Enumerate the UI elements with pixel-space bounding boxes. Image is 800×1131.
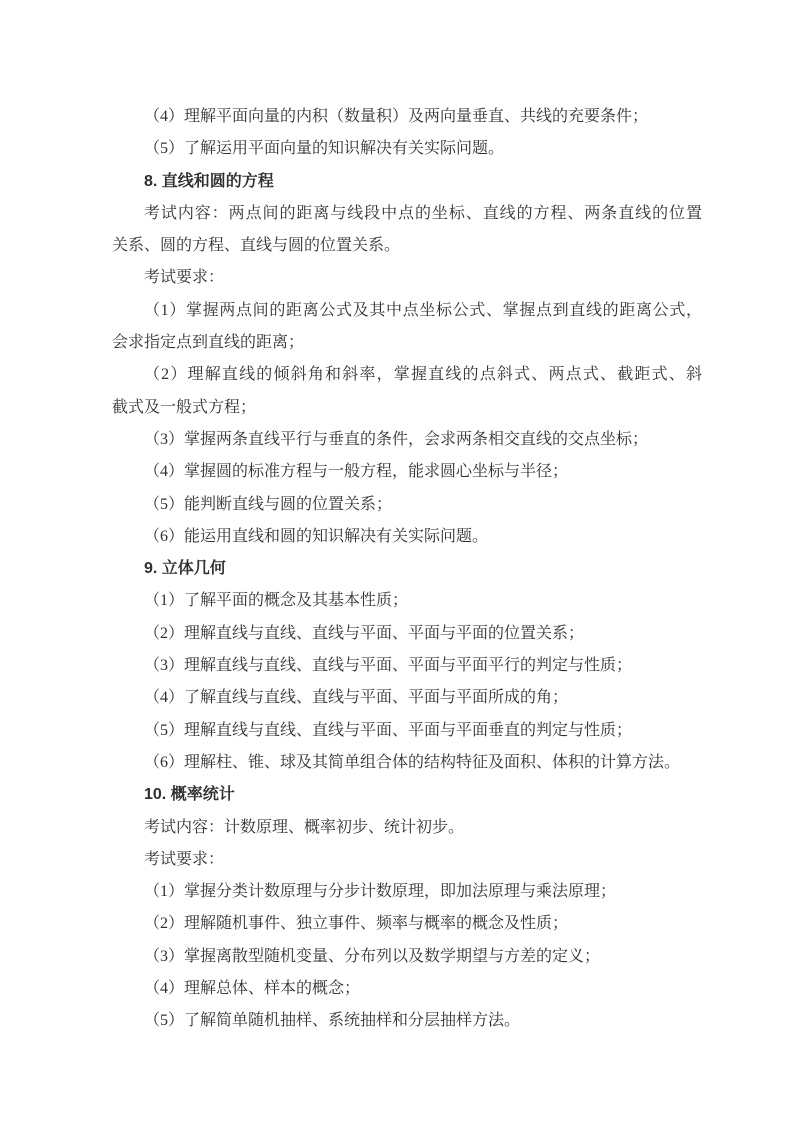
text-line: （6）理解柱、锥、球及其简单组合体的结构特征及面积、体积的计算方法。 (112, 747, 702, 779)
text-line: 截式及一般式方程； (112, 392, 702, 424)
text-line: （1）掌握两点间的距离公式及其中点坐标公式、掌握点到直线的距离公式， (112, 295, 702, 327)
section-heading: 10. 概率统计 (112, 779, 702, 811)
text-line: （4）理解平面向量的内积（数量积）及两向量垂直、共线的充要条件； (112, 101, 702, 133)
text-line: （5）了解运用平面向量的知识解决有关实际问题。 (112, 133, 702, 165)
syllabus-text-block: （4）理解平面向量的内积（数量积）及两向量垂直、共线的充要条件；（5）了解运用平… (112, 101, 702, 1038)
text-line: （3）掌握两条直线平行与垂直的条件，会求两条相交直线的交点坐标； (112, 424, 702, 456)
text-line: 考试要求： (112, 844, 702, 876)
document-page: （4）理解平面向量的内积（数量积）及两向量垂直、共线的充要条件；（5）了解运用平… (0, 0, 800, 1131)
text-line: （5）理解直线与直线、直线与平面、平面与平面垂直的判定与性质； (112, 715, 702, 747)
section-heading: 9. 立体几何 (112, 553, 702, 585)
text-line: 会求指定点到直线的距离； (112, 327, 702, 359)
text-line: （1）掌握分类计数原理与分步计数原理，即加法原理与乘法原理； (112, 876, 702, 908)
text-line: （2）理解直线与直线、直线与平面、平面与平面的位置关系； (112, 618, 702, 650)
text-line: 考试内容：两点间的距离与线段中点的坐标、直线的方程、两条直线的位置 (112, 198, 702, 230)
text-line: （3）理解直线与直线、直线与平面、平面与平面平行的判定与性质； (112, 650, 702, 682)
text-line: 考试内容：计数原理、概率初步、统计初步。 (112, 812, 702, 844)
text-line: （5）了解简单随机抽样、系统抽样和分层抽样方法。 (112, 1005, 702, 1037)
text-line: （6）能运用直线和圆的知识解决有关实际问题。 (112, 521, 702, 553)
text-line: 关系、圆的方程、直线与圆的位置关系。 (112, 230, 702, 262)
text-line: （4）掌握圆的标准方程与一般方程，能求圆心坐标与半径； (112, 456, 702, 488)
text-line: （2）理解直线的倾斜角和斜率，掌握直线的点斜式、两点式、截距式、斜 (112, 359, 702, 391)
text-line: （3）掌握离散型随机变量、分布列以及数学期望与方差的定义； (112, 941, 702, 973)
text-line: （4）理解总体、样本的概念； (112, 973, 702, 1005)
text-line: （4）了解直线与直线、直线与平面、平面与平面所成的角； (112, 682, 702, 714)
text-line: 考试要求： (112, 262, 702, 294)
text-line: （2）理解随机事件、独立事件、频率与概率的概念及性质； (112, 908, 702, 940)
text-line: （5）能判断直线与圆的位置关系； (112, 489, 702, 521)
section-heading: 8. 直线和圆的方程 (112, 166, 702, 198)
text-line: （1）了解平面的概念及其基本性质； (112, 585, 702, 617)
